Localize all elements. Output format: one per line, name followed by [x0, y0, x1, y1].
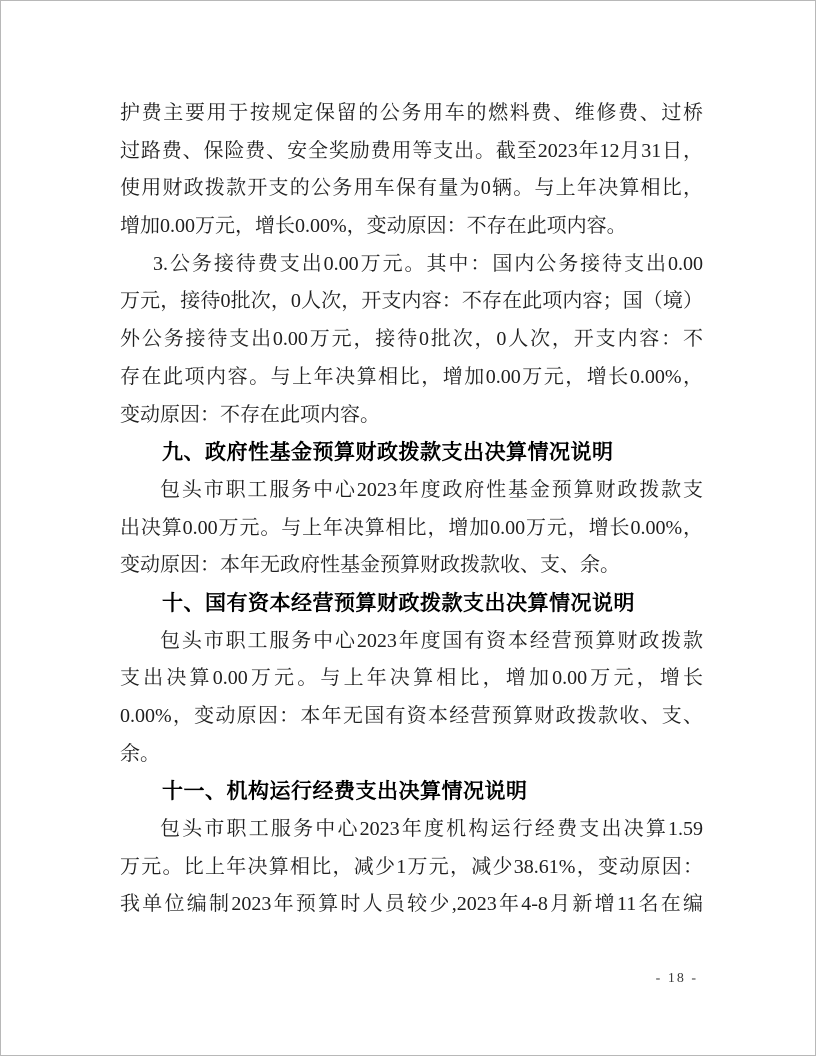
body-line: 外公务接待支出0.00万元，接待0批次，0人次，开支内容：不 [120, 321, 703, 359]
body-line: 变动原因：本年无政府性基金预算财政拨款收、支、余。 [120, 547, 703, 585]
body-line: 0.00%，变动原因：本年无国有资本经营预算财政拨款收、支、 [120, 698, 703, 736]
body-line: 万元，接待0批次，0人次，开支内容：不存在此项内容；国（境） [120, 283, 703, 321]
body-line: 存在此项内容。与上年决算相比，增加0.00万元，增长0.00%， [120, 359, 703, 397]
paragraph-official-reception: 3.公务接待费支出0.00万元。其中：国内公务接待支出0.00 万元，接待0批次… [120, 246, 703, 434]
body-line: 我单位编制2023年预算时人员较少,2023年4-8月新增11名在编 [120, 886, 703, 924]
body-line: 出决算0.00万元。与上年决算相比，增加0.00万元，增长0.00%， [120, 510, 703, 548]
section-9: 九、政府性基金预算财政拨款支出决算情况说明 包头市职工服务中心2023年度政府性… [120, 434, 703, 585]
body-line: 包头市职工服务中心2023年度政府性基金预算财政拨款支 [120, 472, 703, 510]
section-10: 十、国有资本经营预算财政拨款支出决算情况说明 包头市职工服务中心2023年度国有… [120, 585, 703, 773]
body-line: 过路费、保险费、安全奖励费用等支出。截至2023年12月31日， [120, 133, 703, 171]
body-line: 使用财政拨款开支的公务用车保有量为0辆。与上年决算相比， [120, 170, 703, 208]
section-9-heading: 九、政府性基金预算财政拨款支出决算情况说明 [120, 434, 703, 472]
page-number: - 18 - [656, 971, 698, 987]
body-line: 护费主要用于按规定保留的公务用车的燃料费、维修费、过桥 [120, 95, 703, 133]
body-line: 余。 [120, 736, 703, 774]
section-11-heading: 十一、机构运行经费支出决算情况说明 [120, 773, 703, 811]
body-line: 包头市职工服务中心2023年度国有资本经营预算财政拨款 [120, 623, 703, 661]
section-11: 十一、机构运行经费支出决算情况说明 包头市职工服务中心2023年度机构运行经费支… [120, 773, 703, 924]
body-line: 包头市职工服务中心2023年度机构运行经费支出决算1.59 [120, 811, 703, 849]
document-body: 护费主要用于按规定保留的公务用车的燃料费、维修费、过桥 过路费、保险费、安全奖励… [120, 95, 703, 924]
body-line: 万元。比上年决算相比，减少1万元，减少38.61%，变动原因： [120, 849, 703, 887]
body-line: 3.公务接待费支出0.00万元。其中：国内公务接待支出0.00 [120, 246, 703, 284]
paragraph-vehicle-maintenance-continuation: 护费主要用于按规定保留的公务用车的燃料费、维修费、过桥 过路费、保险费、安全奖励… [120, 95, 703, 246]
body-line: 支出决算0.00万元。与上年决算相比，增加0.00万元，增长 [120, 660, 703, 698]
body-line: 增加0.00万元，增长0.00%，变动原因：不存在此项内容。 [120, 208, 703, 246]
body-line: 变动原因：不存在此项内容。 [120, 397, 703, 435]
section-10-heading: 十、国有资本经营预算财政拨款支出决算情况说明 [120, 585, 703, 623]
document-page: 护费主要用于按规定保留的公务用车的燃料费、维修费、过桥 过路费、保险费、安全奖励… [0, 0, 816, 1056]
